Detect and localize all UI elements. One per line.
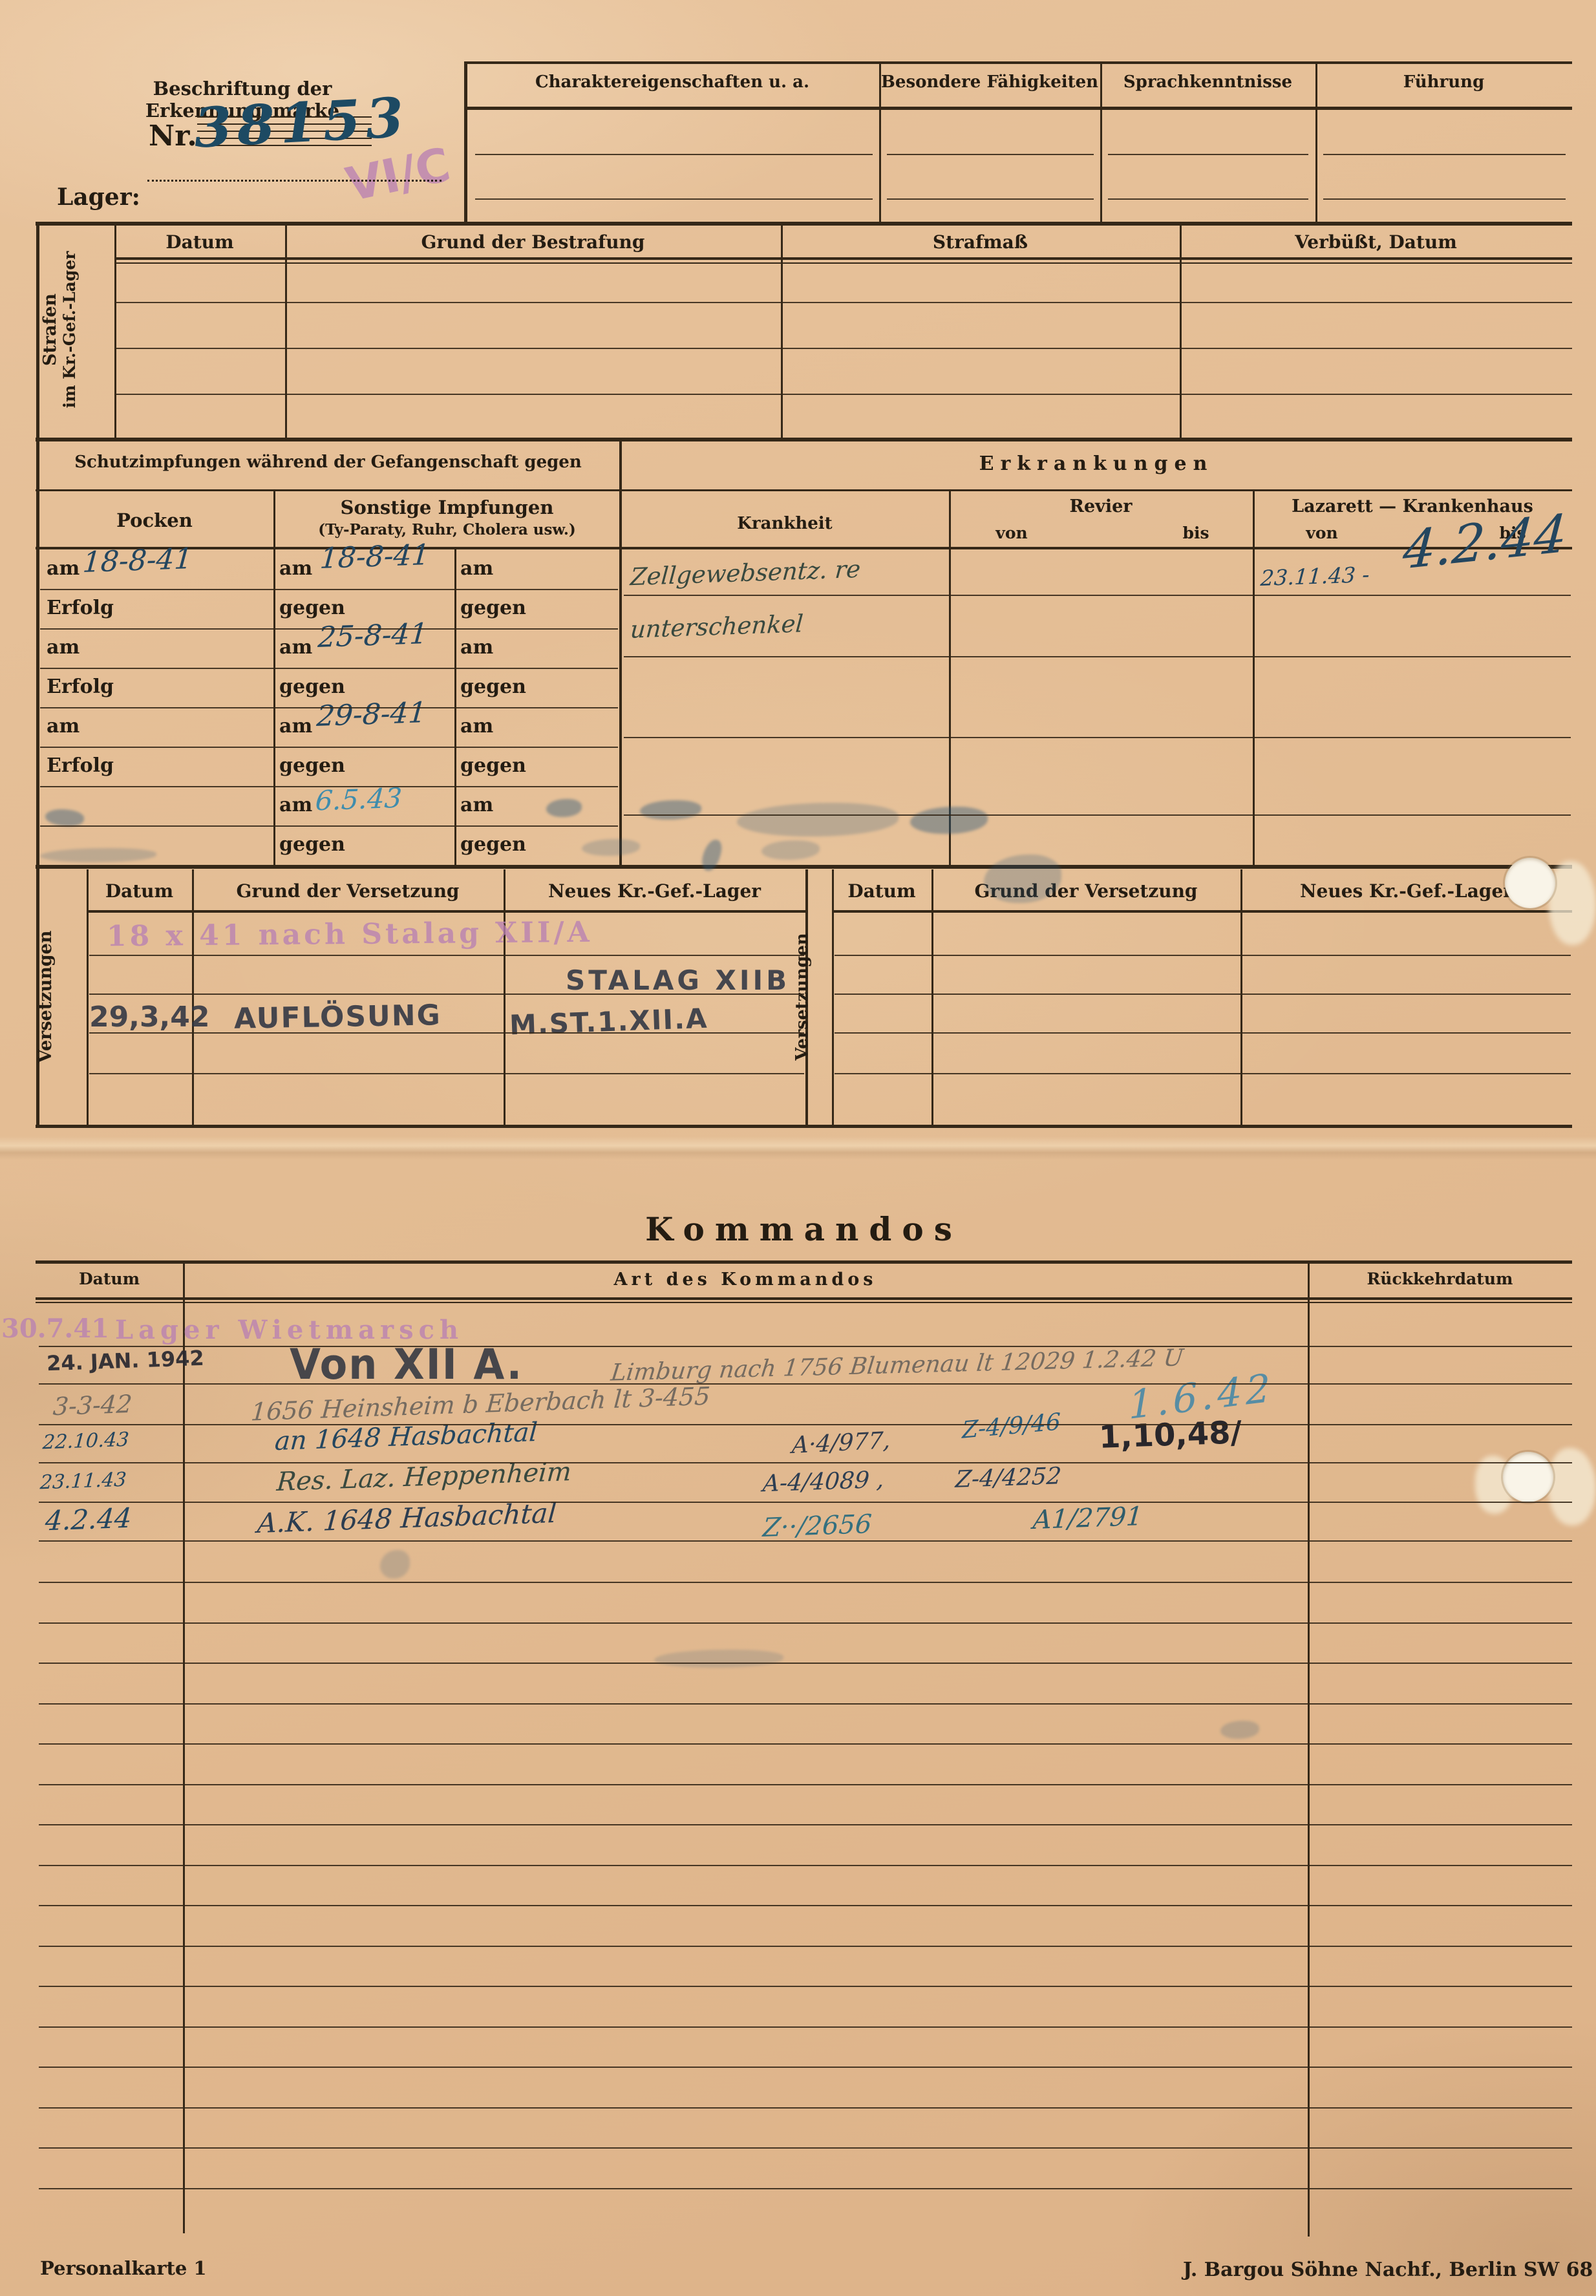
ruled-line [39,2188,1572,2189]
ink-smudge [546,799,582,817]
section-border [36,222,1572,226]
table-border [114,257,1572,260]
punch-hole [1503,1452,1553,1502]
komm-row1-datum-stamp: 30.7.41 [1,1313,109,1344]
table-border [285,224,287,438]
ruled-line [39,1462,1572,1463]
komm-col-rueckkehr: Rückkehrdatum [1308,1270,1572,1288]
table-border [504,869,505,1125]
ruled-line [39,1383,1572,1385]
ruled-line [39,1824,1572,1825]
impfungen-col-pocken: Pocken [36,509,273,531]
erkrankungen-col-krankheit: Krankheit [621,514,949,533]
komm-col-art: Art des Kommandos [183,1270,1308,1290]
strafen-col-grund: Grund der Bestrafung [285,231,781,253]
ink-smudge [640,800,701,820]
illness-entry-line1: Zellgewebsentz. re [630,555,862,591]
ruled-line [39,1946,1572,1947]
ruled-line [1323,154,1566,155]
ink-smudge [737,803,899,836]
ruled-line [40,825,618,827]
section-border [36,438,1572,441]
strafen-side-label: Strafen im Kr.-Gef.-Lager [40,220,111,440]
ruled-line [39,1784,1572,1785]
ruled-line [624,595,1571,596]
versetz-right-col-datum: Datum [832,880,931,902]
table-border [183,1260,185,2233]
impf-row-label: gegen [460,675,526,698]
table-border [36,489,621,491]
ruled-line [835,1073,1571,1074]
ruled-line [835,994,1571,995]
traits-col-fuehrung: Führung [1315,72,1572,92]
impf-row-label: gegen [460,597,526,619]
illness-entry-line2: unterschenkel [630,610,804,643]
impf-row-label: am [460,794,493,816]
paper-tear [1549,861,1596,945]
versetz-left-col-datum: Datum [87,880,192,902]
ink-smudge [380,1550,410,1578]
ink-smudge [582,839,640,856]
table-border [36,1297,1572,1300]
ruled-line [89,1032,804,1034]
impf-row-label: am [460,557,493,580]
transfer-date-stamp: 29,3,42 [89,1001,210,1034]
impf-row-label: gegen [279,754,345,777]
ruled-line [887,198,1094,200]
ruled-line [39,2067,1572,2068]
ruled-line [40,786,618,787]
ruled-line [1323,198,1566,200]
ruled-line [39,1540,1572,1542]
table-border [1240,869,1242,1125]
impf-row-label: gegen [279,675,345,698]
strafen-side-label-line2: im Kr.-Gef.-Lager [60,220,79,440]
vaccination-date-hw: 18-8-41 [81,542,193,579]
ruled-line [39,1346,1572,1347]
ruled-line [1108,198,1308,200]
traits-col-sprachen: Sprachkenntnisse [1100,72,1315,92]
impfungen-col-sonstige: Sonstige Impfungen [273,496,621,518]
vaccination-date-hw: 29-8-41 [315,696,427,733]
table-border [114,262,1572,264]
komm-row6-code2: A1/2791 [1032,1502,1144,1535]
ruled-line [39,1424,1572,1425]
paper-tear [1548,1448,1596,1525]
lager-dotted-line [147,180,442,182]
impf-row-label: am [279,557,312,580]
impf-row-label: gegen [279,597,345,619]
table-border [273,489,275,866]
table-border [621,489,1572,491]
table-border [87,869,89,1125]
ruled-line [89,994,804,995]
komm-row6-code1: Z··/2656 [761,1509,873,1543]
table-border [192,869,194,1125]
ruled-line [40,747,618,748]
komm-row6-datum: 4.2.44 [44,1502,133,1537]
ruled-line [39,1582,1572,1583]
ruled-line [624,656,1571,657]
ruled-line [1108,154,1308,155]
impf-row-label: am [279,715,312,738]
impf-row-label: gegen [460,833,526,856]
ruled-line [89,955,804,956]
ruled-line [624,814,1571,816]
lazarett-von-label: von [1283,524,1361,542]
table-border [1253,489,1255,866]
personalkarte-scan: Beschriftung der Erkennungsmarke Nr. 381… [0,0,1596,2296]
ruled-line [475,154,873,155]
table-border [87,910,808,913]
versetz-left-col-lager: Neues Kr.-Gef.-Lager [504,880,805,902]
vaccination-date-hw: 18-8-41 [319,538,431,575]
table-border [36,1302,1572,1303]
ruled-line [89,1073,804,1074]
erkrankungen-col-revier: Revier [949,496,1253,516]
komm-row4-datum: 22.10.43 [42,1429,130,1454]
ruled-line [39,1663,1572,1664]
revier-von-label: von [973,524,1050,542]
impf-row-label: Erfolg [47,754,114,777]
impf-row-label: Erfolg [47,597,114,619]
table-border [36,1260,1572,1264]
impf-row-label: gegen [460,754,526,777]
ruled-line [39,2147,1572,2149]
komm-col-datum: Datum [36,1270,183,1288]
form-type-label: Personalkarte 1 [40,2257,207,2279]
table-border [465,107,1572,110]
table-border [1308,1260,1310,2237]
komm-row3-datum: 3-3-42 [52,1390,133,1421]
lager-label: Lager: [57,184,140,211]
strafen-col-datum: Datum [114,231,285,253]
ruled-line [114,394,1572,395]
impf-row-label: am [460,715,493,738]
ruled-line [40,589,618,590]
komm-row2-handwriting: Limburg nach 1756 Blumenau lt 12029 1.2.… [610,1345,1185,1386]
ruled-line [39,2026,1572,2028]
ruled-line [624,737,1571,738]
table-border [114,224,116,438]
komm-row4-date-stamp: 1,10,48/ [1098,1414,1242,1456]
table-border [1180,224,1182,438]
strafen-col-verbuesst: Verbüßt, Datum [1180,231,1572,253]
ruled-line [39,1743,1572,1745]
ink-smudge [761,840,820,860]
komm-row2-date-stamp: 24. JAN. 1942 [46,1346,204,1376]
ruled-line [39,1865,1572,1866]
komm-row5-code1: A-4/4089 , [762,1467,885,1498]
printer-imprint: J. Bargou Söhne Nachf., Berlin SW 68 [1183,2259,1593,2281]
strafen-col-strafmass: Strafmaß [781,231,1180,253]
ruled-line [887,154,1094,155]
ink-smudge [654,1650,783,1668]
impf-row-label: gegen [279,833,345,856]
ruled-line [40,707,618,708]
ruled-line [39,2107,1572,2109]
section-border [36,1125,1572,1128]
table-border [781,224,783,438]
komm-row4-code1: A·4/977, [791,1427,891,1459]
komm-row5-code2: Z-4/4252 [955,1463,1063,1493]
impf-row-label: am [47,636,80,659]
table-border [465,61,1572,64]
table-border [931,869,933,1125]
ruled-line [39,1622,1572,1624]
impf-row-label: am [47,557,80,580]
impf-row-label: am [460,636,493,659]
section-border [36,865,1572,869]
ink-smudge [40,848,156,862]
revier-bis-label: bis [1157,524,1235,542]
impf-row-label: am [279,794,312,816]
komm-row5-datum: 23.11.43 [39,1469,127,1494]
traits-col-charakter: Charaktereigenschaften u. a. [465,72,879,92]
ruled-line [475,198,873,200]
strafen-side-label-line1: Strafen [40,220,60,440]
ruled-line [114,348,1572,349]
transfer-stamp-stalag-xiib: STALAG XIIB [566,964,790,996]
ruled-line [114,302,1572,303]
ruled-line [39,1905,1572,1906]
ink-smudge [910,807,988,834]
impf-row-label: Erfolg [47,675,114,698]
ruled-line [835,955,1571,956]
versetzungen-side-label-left: Versetzungen [36,874,87,1120]
impfungen-col-sonstige-sub: (Ty-Paraty, Ruhr, Cholera usw.) [273,521,621,538]
kommandos-title: Kommandos [36,1210,1572,1248]
ruled-line [40,628,618,630]
ink-smudge [1220,1721,1259,1739]
vaccination-date-hw: 25-8-41 [317,617,429,654]
impf-row-label: am [47,715,80,738]
transfer-stamp-stalag-xiia: 18 x 41 nach Stalag XII/A [107,916,593,953]
ruled-line [39,1703,1572,1705]
erkrankungen-title: Erkrankungen [621,452,1572,475]
transfer-newcamp-stamp: M.ST.1.XII.A [509,1003,708,1041]
versetz-left-col-grund: Grund der Versetzung [192,880,504,902]
fold-crease [0,1136,1596,1160]
ruled-line [40,668,618,669]
transfer-reason-stamp: AUFLÖSUNG [234,999,442,1036]
komm-row4-code2: Z-4/9/46 [962,1408,1061,1444]
table-border [832,869,834,1125]
prisoner-number-handwritten: 38153 [193,85,410,160]
komm-row6-handwriting: A.K. 1648 Hasbachtal [256,1497,557,1539]
punch-hole [1505,858,1555,908]
versetz-right-col-grund: Grund der Versetzung [931,880,1240,902]
lazarett-from-hw: 23.11.43 - [1260,562,1370,591]
ruled-line [39,1502,1572,1503]
impf-row-label: am [279,636,312,659]
nr-label: Nr. [149,120,197,153]
ruled-line [835,1032,1571,1034]
traits-col-faehigkeiten: Besondere Fähigkeiten [879,72,1100,92]
impfungen-title: Schutzimpfungen während der Gefangenscha… [36,452,621,472]
ruled-line [39,1986,1572,1987]
table-border [832,910,1572,913]
